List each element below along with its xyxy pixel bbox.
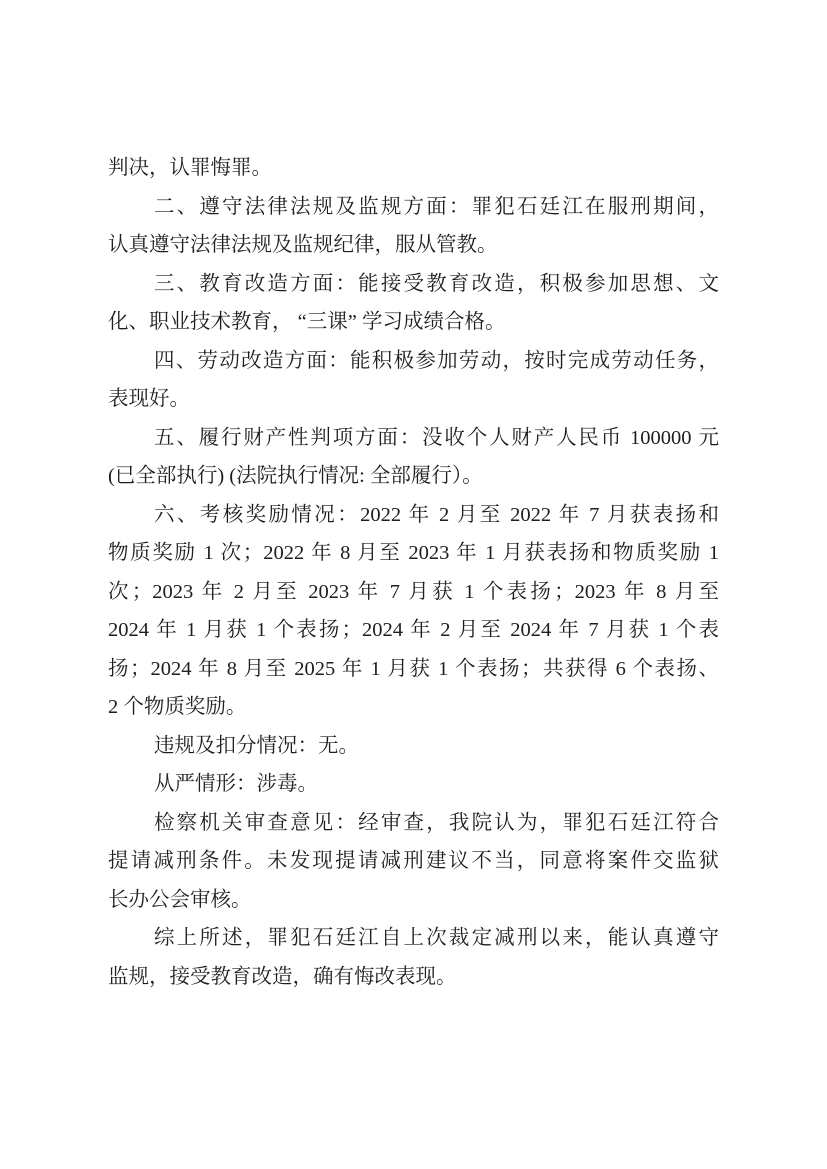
document-line: 认真遵守法律法规及监规纪律，服从管教。 bbox=[108, 226, 719, 265]
document-line: 2 个物质奖励。 bbox=[108, 688, 719, 727]
document-line: 违规及扣分情况：无。 bbox=[108, 727, 719, 766]
document-line: 监规，接受教育改造，确有悔改表现。 bbox=[108, 958, 719, 997]
document-line: 五、履行财产性判项方面：没收个人财产人民币 100000 元 bbox=[108, 419, 719, 458]
document-line: 检察机关审查意见：经审查，我院认为，罪犯石廷江符合 bbox=[108, 804, 719, 843]
document-line: 表现好。 bbox=[108, 380, 719, 419]
document-line: 综上所述，罪犯石廷江自上次裁定减刑以来，能认真遵守 bbox=[108, 919, 719, 958]
document-line: 从严情形：涉毒。 bbox=[108, 765, 719, 804]
document-line: 化、职业技术教育， “三课” 学习成绩合格。 bbox=[108, 303, 719, 342]
document-line: 长办公会审核。 bbox=[108, 881, 719, 920]
document-line: 四、劳动改造方面：能积极参加劳动，按时完成劳动任务， bbox=[108, 342, 719, 381]
document-line: 扬；2024 年 8 月至 2025 年 1 月获 1 个表扬；共获得 6 个表… bbox=[108, 650, 719, 689]
document-line: 二、遵守法律法规及监规方面：罪犯石廷江在服刑期间， bbox=[108, 188, 719, 227]
document-line: 三、教育改造方面：能接受教育改造，积极参加思想、文 bbox=[108, 265, 719, 304]
document-line: 提请减刑条件。未发现提请减刑建议不当，同意将案件交监狱 bbox=[108, 842, 719, 881]
document-line: 次；2023 年 2 月至 2023 年 7 月获 1 个表扬；2023 年 8… bbox=[108, 573, 719, 612]
document-page: 判决，认罪悔罪。二、遵守法律法规及监规方面：罪犯石廷江在服刑期间，认真遵守法律法… bbox=[0, 0, 827, 1169]
document-line: 六、考核奖励情况：2022 年 2 月至 2022 年 7 月获表扬和 bbox=[108, 496, 719, 535]
document-line: 物质奖励 1 次；2022 年 8 月至 2023 年 1 月获表扬和物质奖励 … bbox=[108, 534, 719, 573]
document-line: (已全部执行) (法院执行情况: 全部履行）。 bbox=[108, 457, 719, 496]
document-line: 判决，认罪悔罪。 bbox=[108, 149, 719, 188]
document-body: 判决，认罪悔罪。二、遵守法律法规及监规方面：罪犯石廷江在服刑期间，认真遵守法律法… bbox=[108, 149, 719, 996]
document-line: 2024 年 1 月获 1 个表扬；2024 年 2 月至 2024 年 7 月… bbox=[108, 611, 719, 650]
